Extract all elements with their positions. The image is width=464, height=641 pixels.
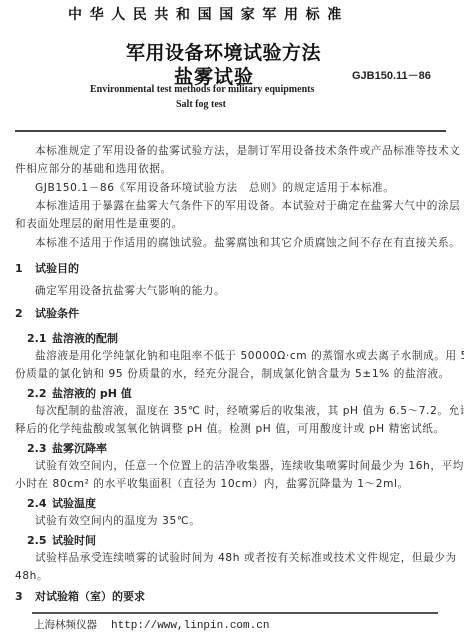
intro-paragraph-1-cont: 件相应部分的基础和选用依据。 bbox=[15, 161, 172, 176]
intro-paragraph-3-cont: 和表面处理层的耐用性是重要的。 bbox=[15, 216, 183, 231]
intro-paragraph-4: 本标准不适用于作适用的腐蚀试验。盐雾腐蚀和其它介质腐蚀之间不存在有直接关系。 bbox=[35, 235, 460, 250]
section-number: 2 bbox=[15, 307, 35, 320]
section-2-4-body: 试验有效空间内的温度为 35℃。 bbox=[35, 513, 200, 528]
footer: 上海林频仪器http://www,linpin.com.cn bbox=[34, 617, 269, 632]
english-subtitle: Salt fog test bbox=[176, 99, 226, 110]
section-2-5-heading: 2.5试验时间 bbox=[27, 532, 96, 548]
subsection-title: 盐溶液的配制 bbox=[52, 332, 118, 345]
section-2-heading: 2试验条件 bbox=[15, 305, 79, 321]
footer-url[interactable]: http://www,linpin.com.cn bbox=[111, 620, 269, 632]
section-2-5-body-cont: 48h。 bbox=[15, 568, 48, 583]
footer-company: 上海林频仪器 bbox=[34, 619, 97, 631]
section-1-heading: 1试验目的 bbox=[15, 260, 79, 276]
section-2-3-body: 试验有效空间内，任意一个位置上的洁净收集器，连续收集喷雾时间最少为 16h，平均… bbox=[35, 458, 464, 473]
subsection-title: 试验温度 bbox=[52, 497, 96, 510]
english-title: Environmental test methods for military … bbox=[90, 84, 314, 95]
intro-paragraph-2: GJB150.1－86《军用设备环境试验方法 总则》的规定适用于本标准。 bbox=[35, 180, 394, 195]
subsection-title: 盐雾沉降率 bbox=[52, 442, 107, 455]
section-title: 试验目的 bbox=[35, 262, 79, 275]
section-number: 3 bbox=[15, 590, 35, 603]
section-2-4-heading: 2.4试验温度 bbox=[27, 495, 96, 511]
section-2-3-heading: 2.3盐雾沉降率 bbox=[27, 440, 107, 456]
footer-divider bbox=[32, 612, 438, 614]
section-1-body: 确定军用设备抗盐雾大气影响的能力。 bbox=[35, 283, 225, 298]
section-2-5-body: 试验样品承受连续喷雾的试验时间为 48h 或者按有关标准或技术文件规定，但最少为 bbox=[35, 550, 457, 565]
section-2-1-body: 盐溶液是用化学纯氯化钠和电阻率不低于 50000Ω·cm 的蒸馏水或去离子水制成… bbox=[35, 348, 464, 363]
section-2-1-body-cont: 份质量的氯化钠和 95 份质量的水，经充分混合，制成氯化钠含量为 5±1% 的盐… bbox=[15, 366, 450, 381]
subsection-title: 盐溶液的 pH 值 bbox=[52, 387, 132, 400]
header-divider bbox=[15, 130, 446, 132]
section-2-2-body: 每次配制的盐溶液，温度在 35℃ 时，经喷雾后的收集液，其 pH 值为 6.5～… bbox=[35, 403, 464, 418]
section-3-heading: 3对试验箱（室）的要求 bbox=[15, 588, 145, 604]
intro-paragraph-3: 本标准适用于暴露在盐雾大气条件下的军用设备。本试验对于确定在盐雾大气中的涂层 bbox=[35, 198, 460, 213]
subsection-number: 2.2 bbox=[27, 387, 52, 400]
subsection-number: 2.3 bbox=[27, 442, 52, 455]
intro-paragraph-1: 本标准规定了军用设备的盐雾试验方法，是制订军用设备技术条件或产品标准等技术文 bbox=[35, 143, 460, 158]
standard-code: GJB150.11－86 bbox=[352, 67, 431, 83]
section-2-2-heading: 2.2盐溶液的 pH 值 bbox=[27, 385, 132, 401]
document-title: 军用设备环境试验方法 bbox=[126, 38, 321, 65]
subsection-number: 2.4 bbox=[27, 497, 52, 510]
national-standard-heading: 中华人民共和国国家军用标准 bbox=[68, 4, 349, 24]
subsection-title: 试验时间 bbox=[52, 534, 96, 547]
section-title: 对试验箱（室）的要求 bbox=[35, 590, 145, 603]
section-2-2-body-cont: 释后的化学纯盐酸或氢氧化钠调整 pH 值。检测 pH 值，可用酸度计或 pH 精… bbox=[15, 421, 445, 436]
section-number: 1 bbox=[15, 262, 35, 275]
subsection-number: 2.1 bbox=[27, 332, 52, 345]
section-title: 试验条件 bbox=[35, 307, 79, 320]
subsection-number: 2.5 bbox=[27, 534, 52, 547]
section-2-1-heading: 2.1盐溶液的配制 bbox=[27, 330, 118, 346]
section-2-3-body-cont: 小时在 80cm² 的水平收集面积（直径为 10cm）内，盐雾沉降量为 1～2m… bbox=[15, 476, 409, 491]
